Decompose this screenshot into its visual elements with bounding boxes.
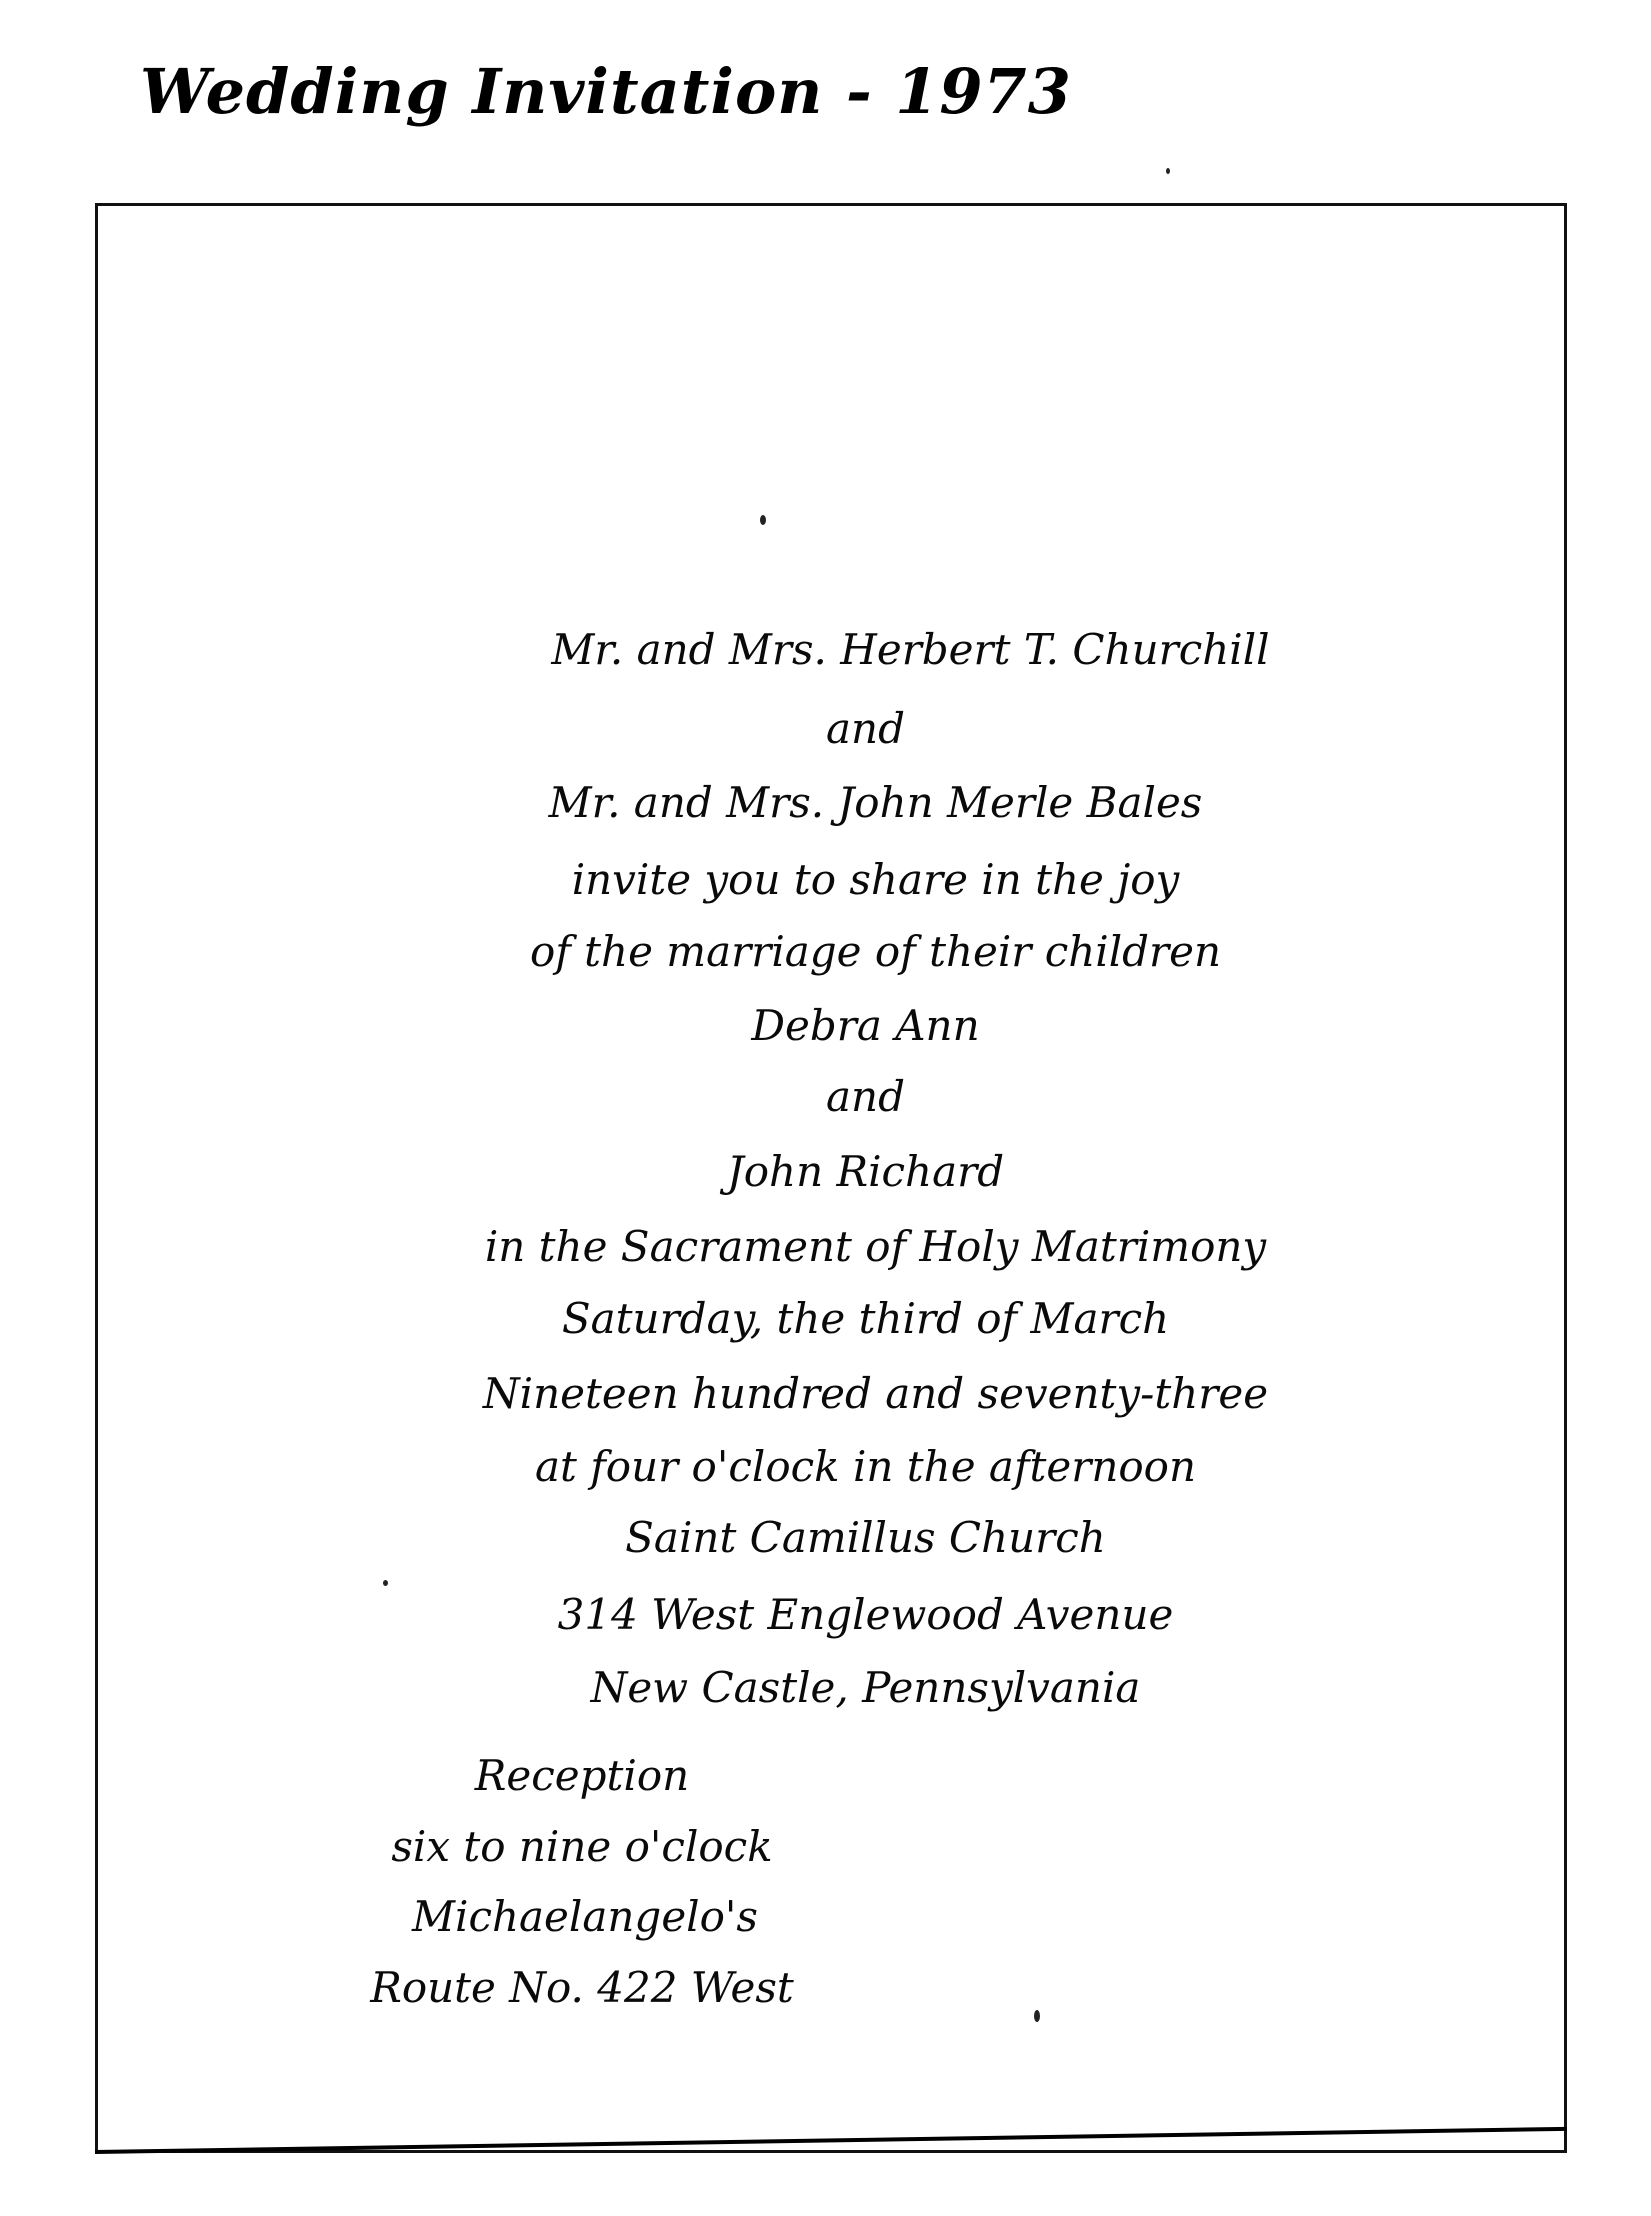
- invitation-line-sacrament: in the Sacrament of Holy Matrimony: [50, 1222, 1651, 1272]
- page-title: Wedding Invitation - 1973: [140, 55, 1072, 128]
- invitation-line-city: New Castle, Pennsylvania: [40, 1663, 1651, 1713]
- invitation-line-marriage: of the marriage of their children: [50, 927, 1651, 977]
- invitation-line-and-1: and: [40, 704, 1651, 754]
- invitation-line-time: at four o'clock in the afternoon: [40, 1442, 1651, 1492]
- invitation-line-bride: Debra Ann: [40, 1001, 1651, 1051]
- reception-heading: Reception: [322, 1751, 842, 1801]
- invitation-line-invite: invite you to share in the joy: [50, 855, 1651, 905]
- reception-time: six to nine o'clock: [322, 1822, 842, 1872]
- reception-address: Route No. 422 West: [322, 1963, 842, 2013]
- print-speck: [1034, 2010, 1040, 2022]
- print-speck: [383, 1580, 388, 1586]
- print-speck: [1166, 168, 1170, 174]
- invitation-line-church: Saint Camillus Church: [40, 1513, 1651, 1563]
- invitation-line-hosts-1: Mr. and Mrs. Herbert T. Churchill: [85, 625, 1651, 675]
- print-speck: [760, 515, 766, 525]
- invitation-line-date: Saturday, the third of March: [40, 1294, 1651, 1344]
- invitation-line-groom: John Richard: [40, 1147, 1651, 1197]
- invitation-line-year: Nineteen hundred and seventy-three: [50, 1369, 1651, 1419]
- invitation-line-and-2: and: [40, 1072, 1651, 1122]
- reception-venue: Michaelangelo's: [325, 1892, 845, 1942]
- invitation-line-address: 314 West Englewood Avenue: [40, 1590, 1651, 1640]
- invitation-line-hosts-2: Mr. and Mrs. John Merle Bales: [50, 778, 1651, 828]
